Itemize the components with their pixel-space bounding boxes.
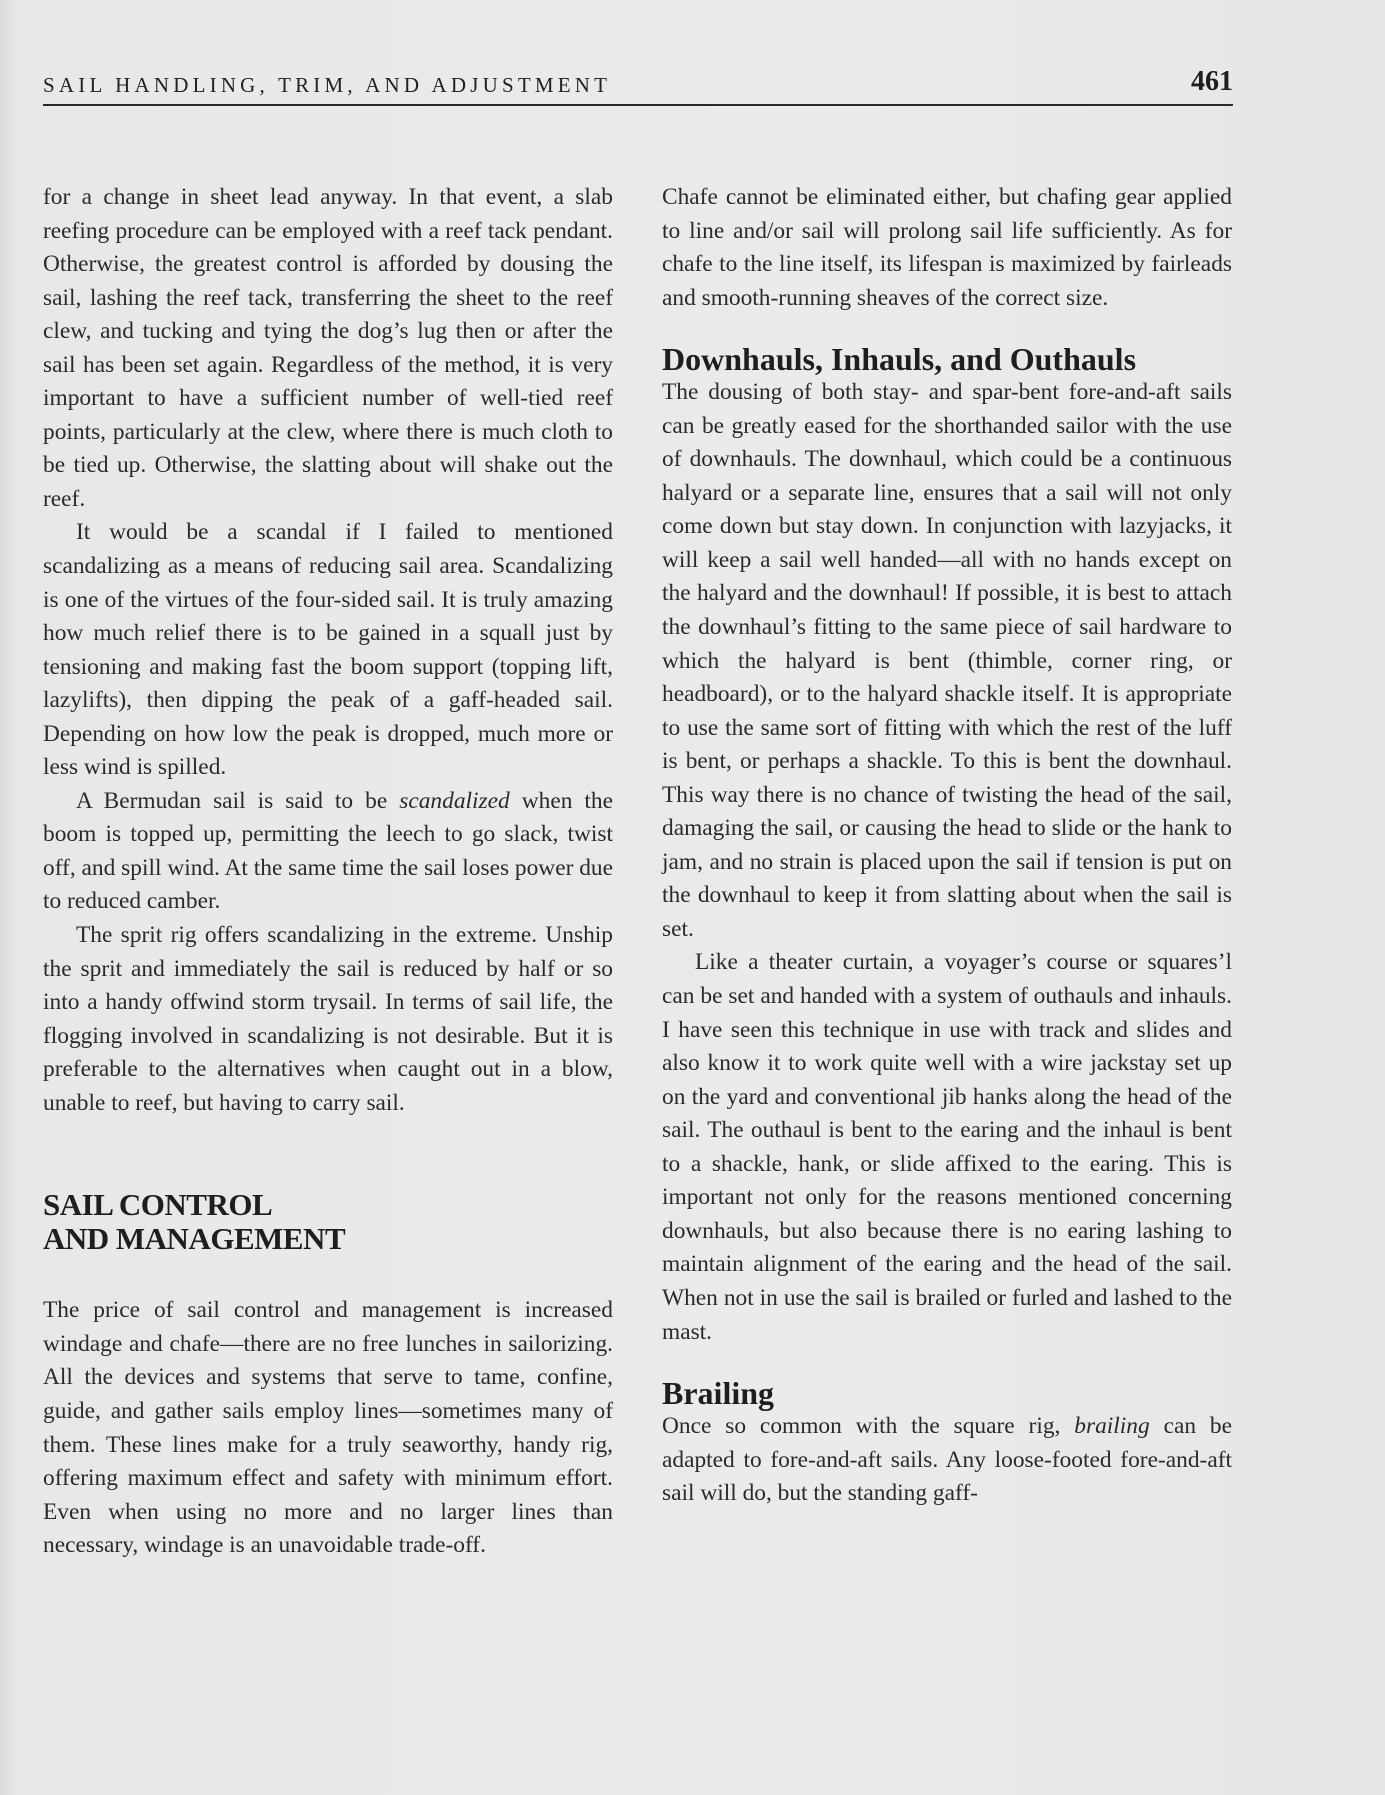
- paragraph: Once so common with the square rig, brai…: [662, 1410, 1232, 1511]
- header-rule: [43, 104, 1233, 106]
- paragraph: The price of sail control and management…: [43, 1294, 613, 1562]
- paragraph: Chafe cannot be eliminated either, but c…: [662, 181, 1232, 315]
- paragraph: The dousing of both stay- and spar-bent …: [662, 376, 1232, 946]
- paragraph: A Bermudan sail is said to be scandalize…: [43, 785, 613, 919]
- section-heading-line: AND MANAGEMENT: [43, 1222, 613, 1256]
- section-heading-line: SAIL CONTROL: [43, 1188, 613, 1222]
- running-header: SAIL HANDLING, TRIM, AND ADJUSTMENT 461: [43, 66, 1233, 98]
- paragraph: It would be a scandal if I failed to men…: [43, 516, 613, 784]
- right-column: Chafe cannot be eliminated either, but c…: [662, 181, 1232, 1511]
- paragraph: for a change in sheet lead anyway. In th…: [43, 181, 613, 516]
- subsection-spacer: [662, 1349, 1232, 1376]
- subsection-heading: Downhauls, Inhauls, and Outhauls: [662, 342, 1232, 376]
- subsection-heading: Brailing: [662, 1376, 1232, 1410]
- emphasis-term: scandalized: [399, 788, 509, 814]
- subsection-spacer: [662, 315, 1232, 342]
- section-heading: SAIL CONTROL AND MANAGEMENT: [43, 1188, 613, 1256]
- running-title: SAIL HANDLING, TRIM, AND ADJUSTMENT: [43, 73, 611, 98]
- left-column: for a change in sheet lead anyway. In th…: [43, 181, 613, 1563]
- paragraph-text: Once so common with the square rig,: [662, 1413, 1074, 1439]
- paragraph: The sprit rig offers scandalizing in the…: [43, 919, 613, 1120]
- section-spacer: [43, 1256, 613, 1294]
- paragraph: Like a theater curtain, a voyager’s cour…: [662, 946, 1232, 1349]
- paragraph-text: A Bermudan sail is said to be: [76, 788, 399, 814]
- page-number: 461: [1191, 66, 1233, 98]
- section-spacer: [43, 1120, 613, 1188]
- emphasis-term: brailing: [1074, 1413, 1149, 1439]
